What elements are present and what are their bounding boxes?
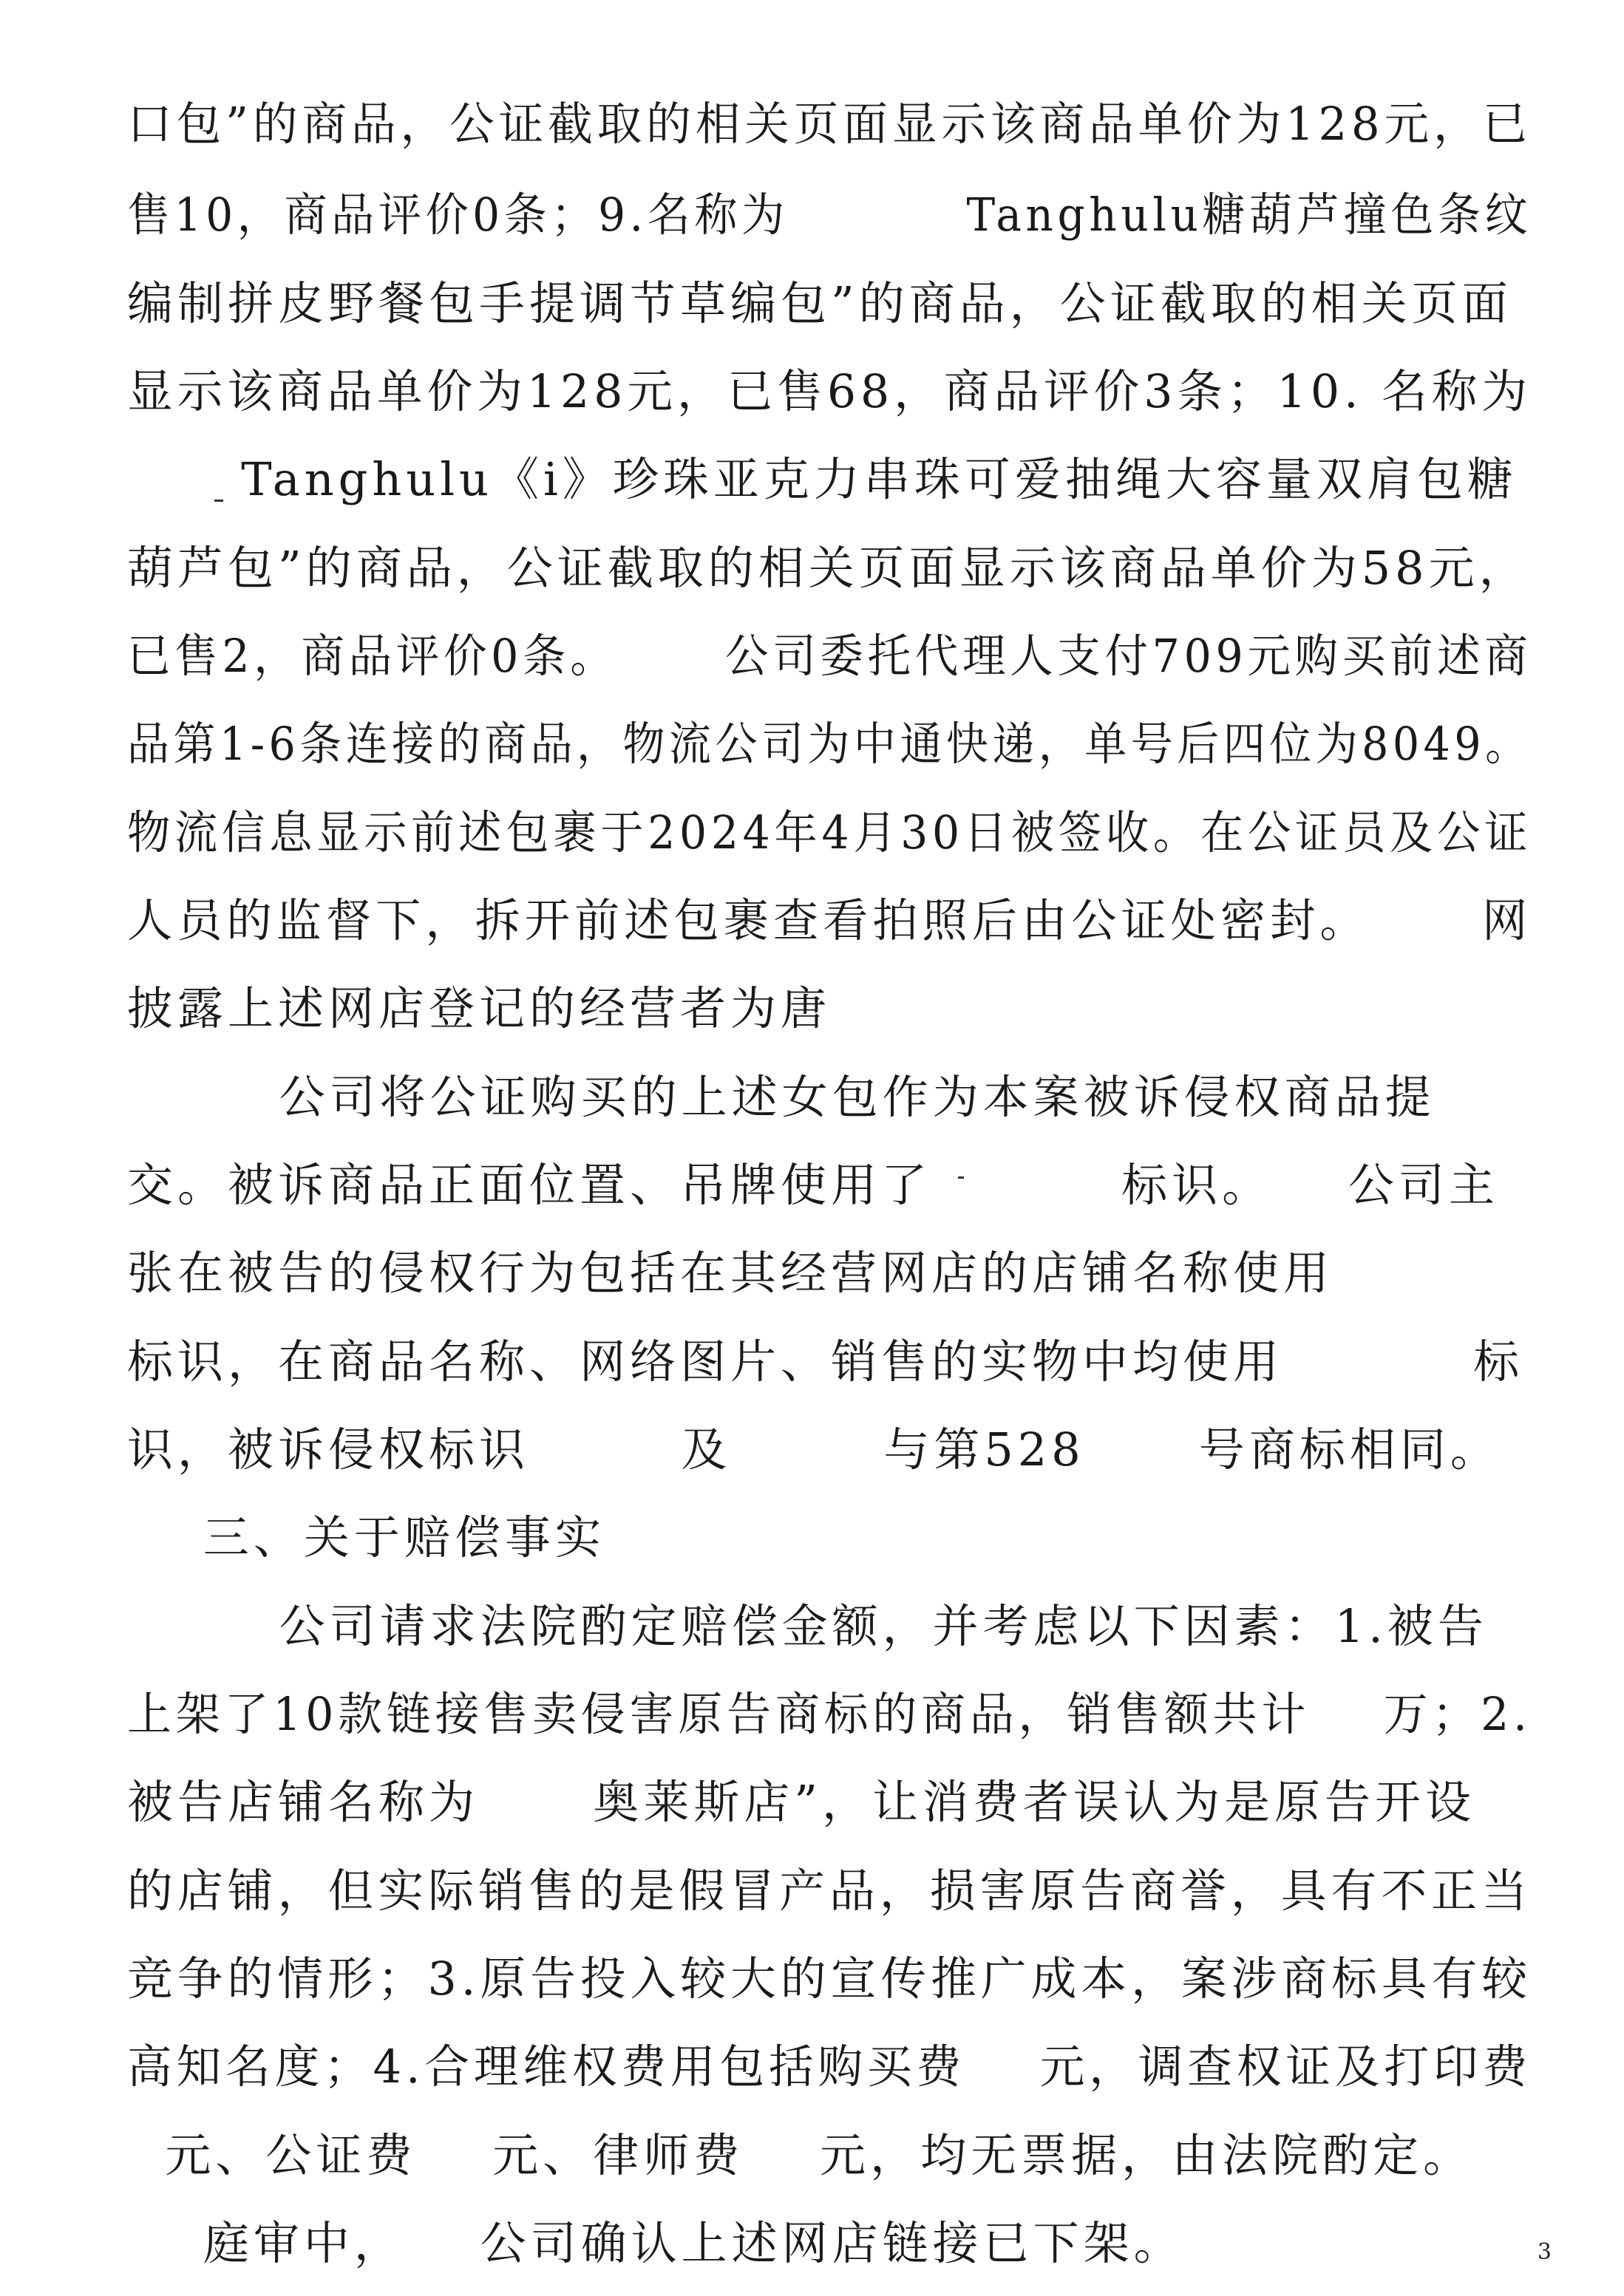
redaction-artifact-mark bbox=[214, 500, 223, 502]
text-line-5: Tanghulu《i》珍珠亚克力串珠可爱抽绳大容量双肩包糖 bbox=[127, 452, 1532, 508]
text-line-8: 品第1-6条连接的商品，物流公司为中通快递，单号后四位为8049。 bbox=[127, 716, 1418, 772]
section-heading-compensation: 三、关于赔偿事实 bbox=[127, 1510, 1532, 1566]
text-line-25: 庭审中， 公司确认上述网店链接已下架。 bbox=[127, 2215, 1532, 2272]
text-line-14: 张在被告的侵权行为包括在其经营网店的店铺名称使用 bbox=[127, 1245, 1532, 1301]
text-line-19: 上架了10款链接售卖侵害原告商标的商品，销售额共计 万；2. bbox=[127, 1686, 1485, 1743]
page-number: 3 bbox=[1538, 2239, 1552, 2265]
text-line-11: 披露上述网店登记的经营者为唐 bbox=[127, 981, 1532, 1037]
text-line-15: 标识，在商品名称、网络图片、销售的实物中均使用 标 bbox=[127, 1334, 1532, 1390]
redaction-artifact-mark bbox=[958, 1176, 964, 1179]
text-line-12: 公司将公证购买的上述女包作为本案被诉侵权商品提 bbox=[127, 1069, 1532, 1125]
text-line-7: 已售2，商品评价0条。 公司委托代理人支付709元购买前述商 bbox=[127, 628, 1453, 684]
text-line-6: 葫芦包”的商品，公证截取的相关页面显示该商品单价为58元， bbox=[127, 540, 1532, 596]
text-line-23: 高知名度；4.合理维权费用包括购买费 元，调查权证及打印费 bbox=[127, 2039, 1501, 2095]
text-line-18: 公司请求法院酌定赔偿金额，并考虑以下因素：1.被告 bbox=[127, 1598, 1532, 1655]
text-line-3: 编制拼皮野餐包手提调节草编包”的商品，公证截取的相关页面 bbox=[127, 276, 1532, 332]
text-line-4: 显示该商品单价为128元，已售68，商品评价3条；10. 名称为 bbox=[127, 364, 1523, 420]
text-line-13: 交。被诉商品正面位置、吊牌使用了 标识。 公司主 bbox=[127, 1157, 1532, 1213]
text-line-9: 物流信息显示前述包裹于2024年4月30日被签收。在公证员及公证 bbox=[127, 805, 1450, 861]
text-line-2: 售10，商品评价0条；9.名称为 Tanghulu糖葫芦撞色条纹 bbox=[127, 187, 1442, 243]
text-line-1: 口包”的商品，公证截取的相关页面显示该商品单价为128元，已 bbox=[127, 96, 1501, 152]
text-line-10: 人员的监督下，拆开前述包裹查看拍照后由公证处密封。 网 bbox=[127, 893, 1515, 949]
text-line-22: 竞争的情形；3.原告投入较大的宣传推广成本，案涉商标具有较 bbox=[127, 1951, 1526, 2007]
text-line-21: 的店铺，但实际销售的是假冒产品，损害原告商誉，具有不正当 bbox=[127, 1863, 1529, 1919]
text-line-16: 识，被诉侵权标识 及 与第528 号商标相同。 bbox=[127, 1422, 1532, 1478]
document-page: 口包”的商品，公证截取的相关页面显示该商品单价为128元，已 售10，商品评价0… bbox=[0, 0, 1624, 2296]
text-line-20: 被告店铺名称为 奥莱斯店”，让消费者误认为是原告开设 bbox=[127, 1774, 1532, 1830]
text-line-24: 元、公证费 元、律师费 元，均无票据，由法院酌定。 bbox=[127, 2128, 1532, 2184]
